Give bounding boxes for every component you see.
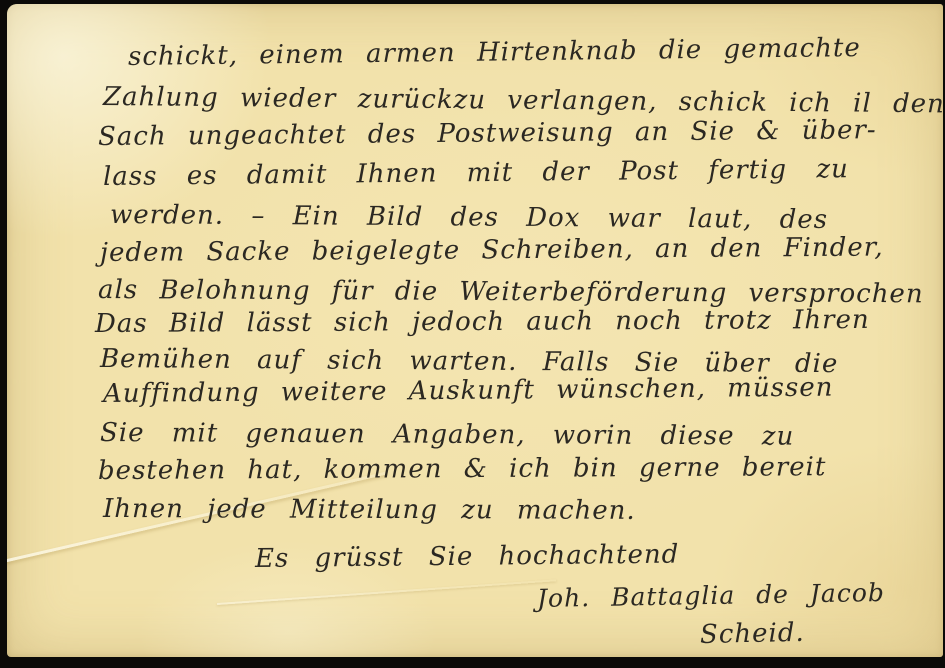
handwritten-line: Das Bild lässt sich jedoch auch noch tro… — [95, 305, 870, 339]
handwritten-line: Ihnen jede Mitteilung zu machen. — [103, 494, 636, 526]
handwriting-layer: schickt, einem armen Hirtenknab die gema… — [7, 4, 943, 657]
signature-name: Joh. Battaglia de Jacob — [537, 578, 885, 613]
scan-backdrop: schickt, einem armen Hirtenknab die gema… — [0, 0, 945, 668]
handwritten-line: jedem Sacke beigelegte Schreiben, an den… — [100, 233, 884, 268]
handwritten-line: Auffindung weitere Auskunft wünschen, mü… — [103, 373, 834, 409]
handwritten-line: schickt, einem armen Hirtenknab die gema… — [128, 33, 861, 72]
handwritten-line: Sach ungeachtet des Postweisung an Sie &… — [98, 115, 877, 152]
handwritten-line: lass es damit Ihnen mit der Post fertig … — [103, 154, 849, 192]
closing-line: Es grüsst Sie hochachtend — [255, 540, 680, 574]
signature-place: Scheid. — [700, 618, 805, 650]
handwritten-line: Sie mit genauen Angaben, worin diese zu — [100, 418, 794, 452]
handwritten-line: als Belohnung für die Weiterbeförderung … — [98, 275, 924, 309]
postcard: schickt, einem armen Hirtenknab die gema… — [7, 4, 943, 657]
handwritten-line: bestehen hat, kommen & ich bin gerne ber… — [98, 452, 827, 486]
handwritten-line: werden. – Ein Bild des Dox war laut, des — [110, 200, 828, 235]
handwritten-line: Zahlung wieder zurückzu verlangen, schic… — [103, 82, 943, 119]
